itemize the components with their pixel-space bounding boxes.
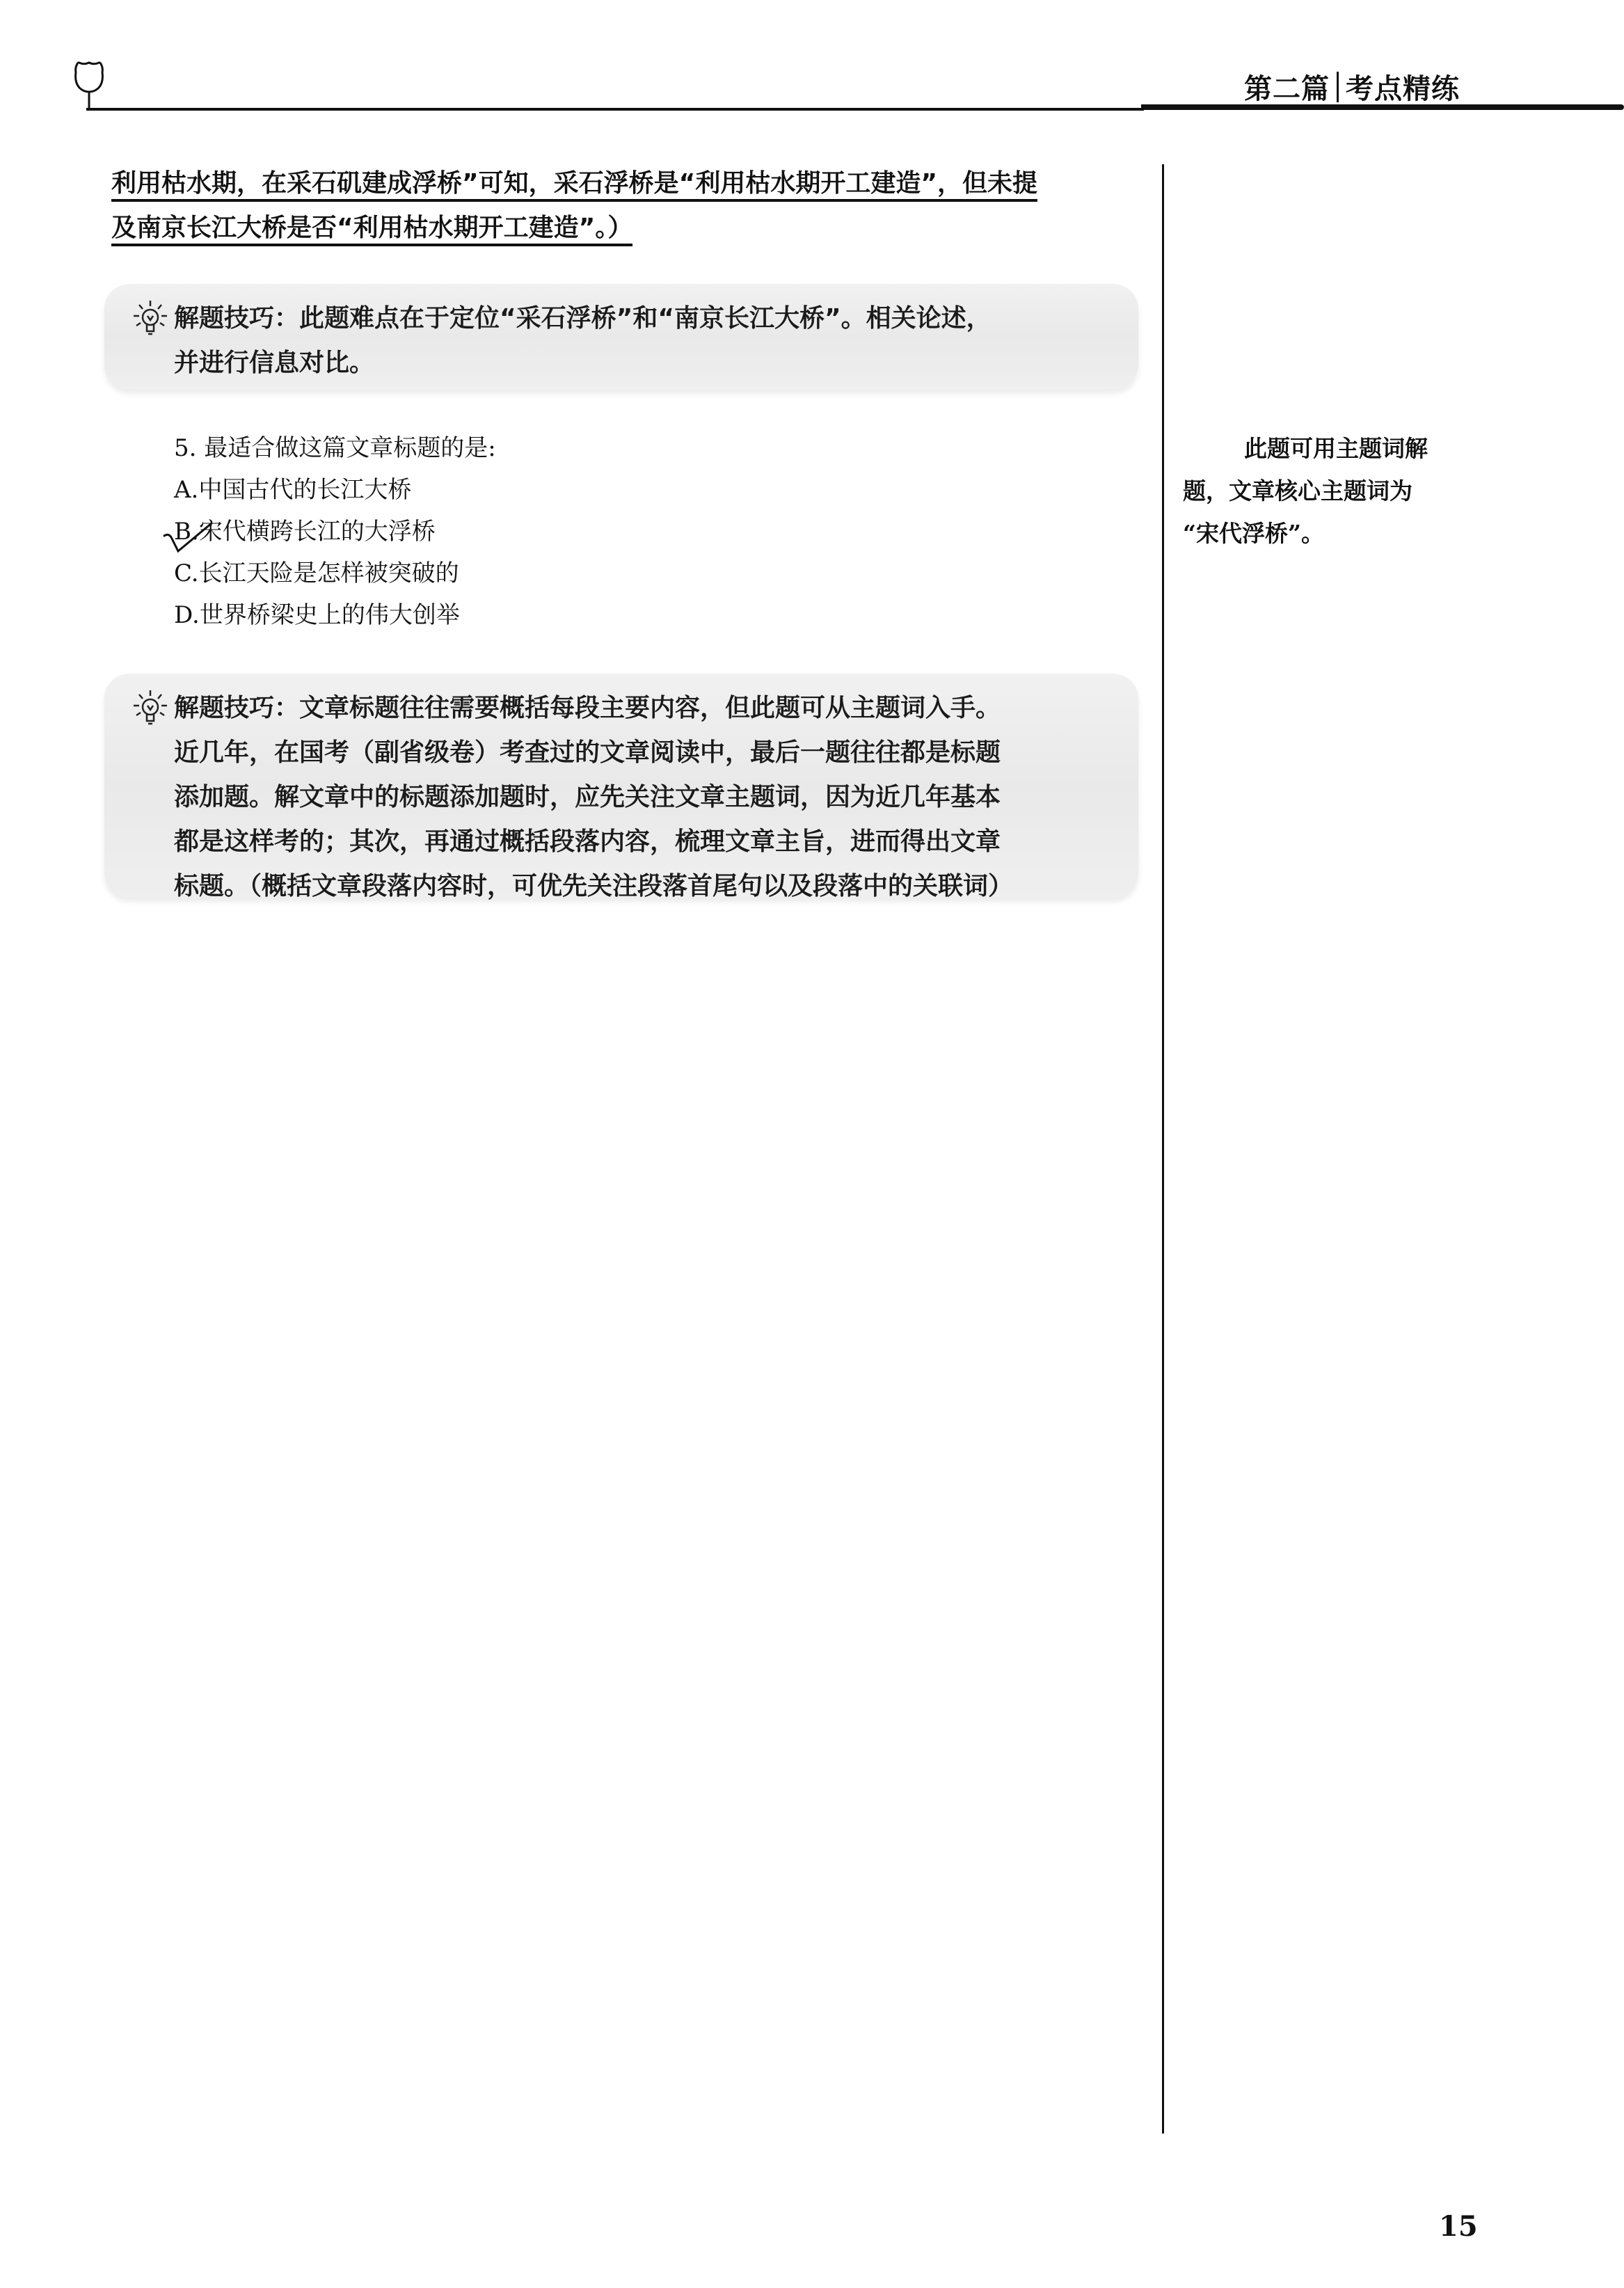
option-key: D. [174, 601, 200, 629]
option-text: 长江天险是怎样被突破的 [199, 559, 459, 587]
header-separator [1337, 72, 1339, 102]
tip-line: 解题技巧：文章标题往往需要概括每段主要内容，但此题可从主题词入手。 [174, 686, 1117, 731]
tip-box: 解题技巧：此题难点在于定位“采石浮桥”和“南京长江大桥”。相关论述， 并进行信息… [104, 284, 1138, 390]
option-text: 世界桥梁史上的伟大创举 [200, 601, 460, 629]
margin-note: 此题可用主题词解 题，文章核心主题词为 “宋代浮桥”。 [1183, 427, 1475, 555]
section-label: 考点精练 [1346, 73, 1460, 105]
bear-head-icon [72, 58, 104, 109]
note-line: 此题可用主题词解 [1183, 427, 1475, 470]
page-number: 15 [1439, 2210, 1478, 2243]
option-key: A. [174, 476, 198, 504]
question-stem: 5. 最适合做这篇文章标题的是: [174, 427, 496, 469]
option-a: A.中国古代的长江大桥 [174, 469, 496, 511]
answer-line: 利用枯水期，在采石矶建成浮桥”可知，采石浮桥是“利用枯水期开工建造”，但未提 [111, 169, 1037, 202]
tip-line: 标题。（概括文章段落内容时，可优先关注段落首尾句以及段落中的关联词） [174, 864, 1117, 909]
tip-line: 解题技巧：此题难点在于定位“采石浮桥”和“南京长江大桥”。相关论述， [174, 296, 1117, 341]
question-5: 5. 最适合做这篇文章标题的是: A.中国古代的长江大桥 B.宋代横跨长江的大浮… [174, 427, 496, 636]
option-key: C. [174, 559, 199, 587]
note-line: 题，文章核心主题词为 [1183, 470, 1475, 512]
option-d: D.世界桥梁史上的伟大创举 [174, 594, 496, 636]
option-c: C.长江天险是怎样被突破的 [174, 553, 496, 594]
option-text: 中国古代的长江大桥 [198, 476, 411, 504]
note-line: “宋代浮桥”。 [1183, 512, 1475, 555]
tip-box: 解题技巧：文章标题往往需要概括每段主要内容，但此题可从主题词入手。 近几年，在国… [104, 674, 1138, 898]
tip-line: 近几年，在国考（副省级卷）考查过的文章阅读中，最后一题往往都是标题 [174, 731, 1117, 775]
header-rule [86, 108, 1144, 111]
tip-line: 并进行信息对比。 [174, 341, 1117, 386]
part-label: 第二篇 [1244, 73, 1330, 105]
option-b: B.宋代横跨长江的大浮桥 [174, 511, 496, 553]
running-header: 第二篇考点精练 [1244, 67, 1460, 106]
tip-line: 添加题。解文章中的标题添加题时，应先关注文章主题词，因为近几年基本 [174, 775, 1117, 820]
answer-line: 及南京长江大桥是否“利用枯水期开工建造”。） [111, 214, 632, 246]
tip-line: 都是这样考的；其次，再通过概括段落内容，梳理文章主旨，进而得出文章 [174, 820, 1117, 864]
answer-explanation: 利用枯水期，在采石矶建成浮桥”可知，采石浮桥是“利用枯水期开工建造”，但未提 及… [111, 161, 1148, 251]
column-divider [1162, 164, 1164, 2134]
